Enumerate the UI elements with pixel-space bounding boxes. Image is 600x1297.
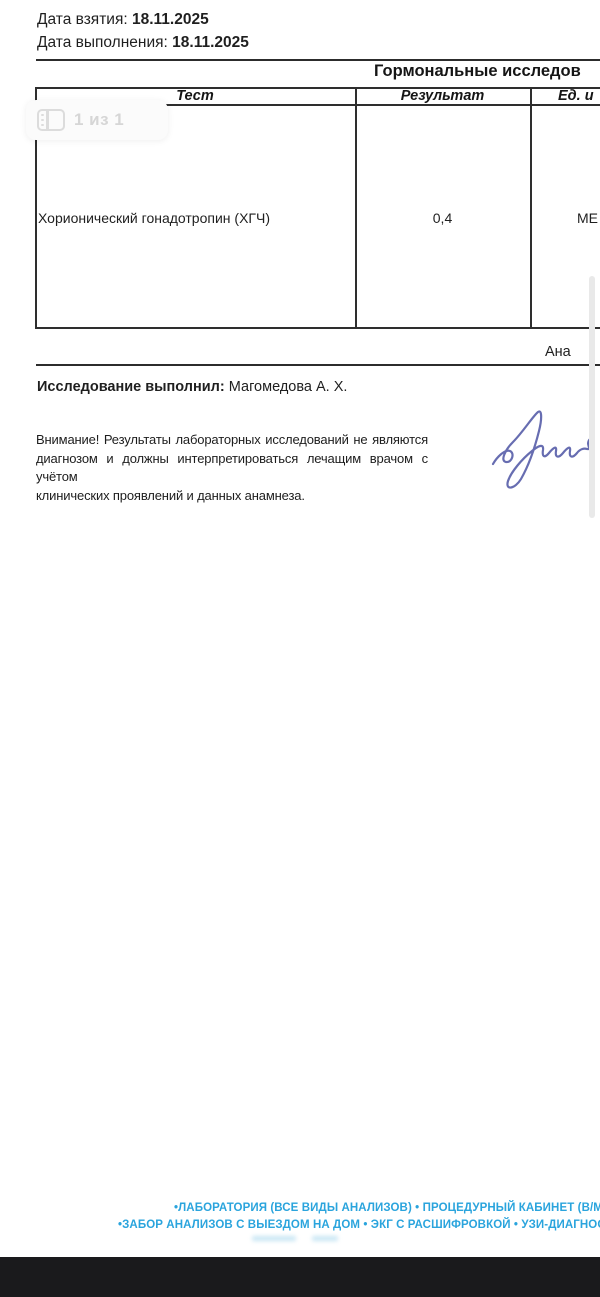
footer-services-line-2: •ЗАБОР АНАЛИЗОВ С ВЫЕЗДОМ НА ДОМ • ЭКГ С… [118, 1219, 600, 1231]
pages-icon [37, 109, 65, 131]
sex-label: Пол: [37, 0, 70, 4]
bottom-bar [0, 1257, 600, 1297]
handwritten-signature [483, 402, 595, 504]
document-viewer: { "viewer": { "page_indicator": { "text"… [0, 0, 600, 1297]
section-title: Гормональные исследов [374, 62, 581, 81]
table-cell-units: МЕ [577, 210, 598, 226]
page-indicator-label: 1 из 1 [74, 110, 124, 130]
date-done-line: Дата выполнения: 18.11.2025 [37, 34, 249, 52]
patient-sex-line: Пол: жен. [37, 0, 337, 6]
top-divider [36, 59, 600, 61]
sex-value: жен. [74, 0, 107, 4]
date-taken-value: 18.11.2025 [132, 11, 209, 28]
footer-services-line-1: •ЛАБОРАТОРИЯ (ВСЕ ВИДЫ АНАЛИЗОВ) • ПРОЦЕ… [174, 1202, 600, 1214]
table-border-bottom [35, 327, 600, 329]
table-header-result: Результат [355, 88, 530, 104]
scrollbar-thumb[interactable] [589, 276, 595, 518]
executor-line: Исследование выполнил: Магомедова А. Х. [37, 379, 347, 395]
executor-label: Исследование выполнил: [37, 379, 225, 395]
table-cell-result: 0,4 [355, 210, 530, 226]
analyzer-label-fragment: Ана [545, 344, 571, 360]
disclaimer-text: Внимание! Результаты лабораторных исслед… [36, 431, 428, 505]
date-taken-label: Дата взятия: [37, 11, 128, 28]
footer-faint-text-remnant [312, 1236, 338, 1241]
table-column-separator-2 [530, 87, 532, 329]
mid-divider [36, 364, 600, 366]
table-cell-test-name: Хорионический гонадотропин (ХГЧ) [38, 210, 270, 226]
table-column-separator-1 [355, 87, 357, 329]
footer-faint-text-remnant [252, 1236, 296, 1241]
date-taken-line: Дата взятия: 18.11.2025 [37, 11, 209, 29]
executor-name: Магомедова А. Х. [229, 379, 348, 395]
disclaimer-line-1: Внимание! Результаты лабораторных исслед… [36, 431, 428, 450]
date-done-label: Дата выполнения: [37, 34, 168, 51]
table-header-units: Ед. и [558, 88, 594, 104]
disclaimer-line-3: клинических проявлений и данных анамнеза… [36, 487, 428, 506]
disclaimer-line-2: диагнозом и должны интерпретироваться ле… [36, 450, 428, 487]
date-done-value: 18.11.2025 [172, 34, 249, 51]
page-indicator-pill[interactable]: 1 из 1 [26, 100, 168, 140]
